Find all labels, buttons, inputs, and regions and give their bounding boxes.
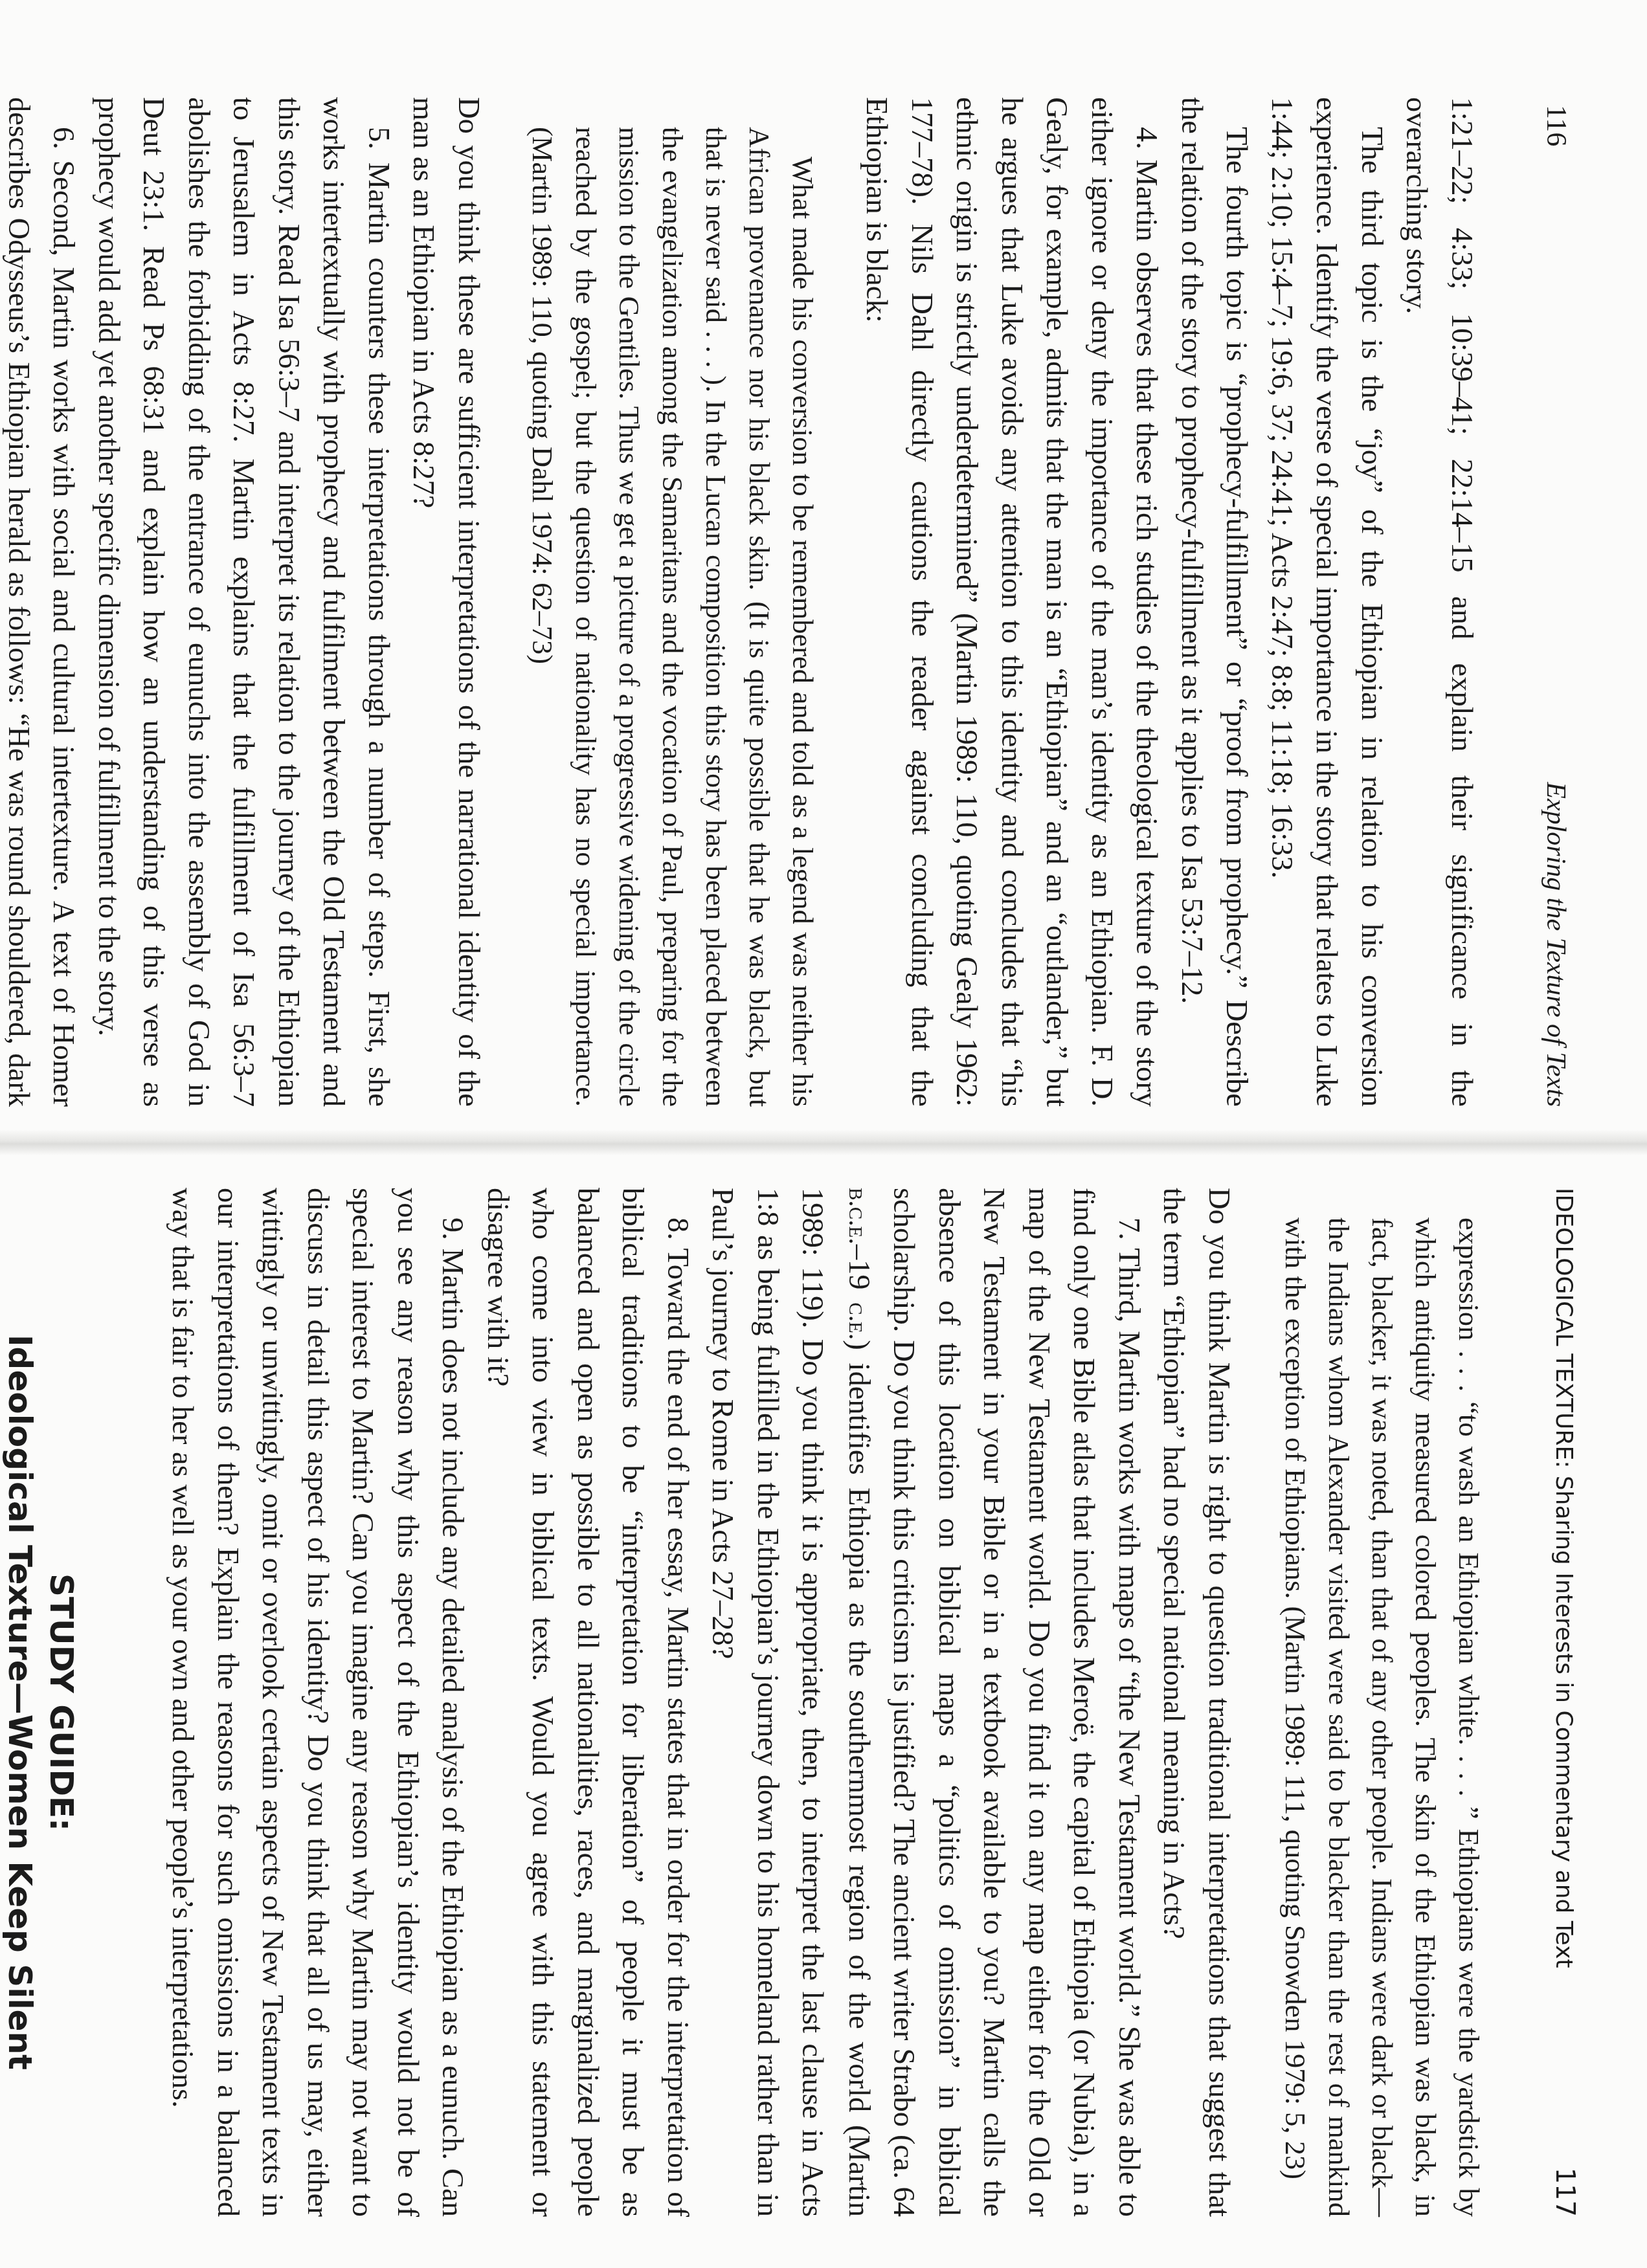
running-title-caps: IDEOLOGICAL TEXTURE: — [1551, 1188, 1577, 1468]
page-number: 116 — [1540, 105, 1573, 146]
paragraph: 1:21–22; 4:33; 10:39–41; 22:14–15 and ex… — [1394, 97, 1484, 1107]
page-116: 116 Exploring the Texture of Texts 1:21–… — [65, 97, 1573, 1107]
text-run: 7. Third, Martin works with maps of “the… — [888, 1188, 1146, 2217]
study-guide-title: Ideological Texture—Women Keep Silent — [0, 1188, 41, 2217]
paragraph: 9. Martin does not include any detailed … — [160, 1188, 475, 2217]
paragraph: The third topic is the “joy” of the Ethi… — [1259, 97, 1395, 1107]
page-number: 117 — [1550, 2168, 1580, 2217]
paragraph: 6. Second, Martin works with social and … — [0, 97, 86, 1107]
running-title-rest: Sharing Interests in Commentary and Text — [1551, 1468, 1577, 1968]
text-run: –19 — [842, 1245, 875, 1303]
text-run: ) identifies Ethiopia as the southernmos… — [706, 1188, 876, 2217]
paragraph: 7. Third, Martin works with maps of “the… — [700, 1188, 1151, 2217]
text-run: 6. Second, Martin works with social and … — [0, 97, 80, 1107]
block-quote: What made his conversion to be remembere… — [521, 97, 824, 1107]
era-abbrev: b.c.e. — [843, 1188, 873, 1245]
paragraph: 8. Toward the end of her essay, Martin s… — [475, 1188, 700, 2217]
quote-text: What made his conversion to be remembere… — [521, 127, 824, 1107]
page-body: 1:21–22; 4:33; 10:39–41; 22:14–15 and ex… — [0, 97, 1484, 1107]
running-title: IDEOLOGICAL TEXTURE: Sharing Interests i… — [1551, 1188, 1577, 1968]
paragraph: 4. Martin observes that these rich studi… — [854, 97, 1169, 1107]
page-117: IDEOLOGICAL TEXTURE: Sharing Interests i… — [71, 1188, 1580, 2217]
block-quote-continued: expression . . . “to wash an Ethiopian w… — [1273, 1188, 1490, 2217]
running-title: Exploring the Texture of Texts — [1540, 782, 1571, 1107]
question-paragraph: Do you think these are sufficient interp… — [401, 97, 491, 1107]
paragraph: 5. Martin counters these interpretations… — [86, 97, 401, 1107]
study-guide-heading: STUDY GUIDE: Ideological Texture—Women K… — [0, 1188, 82, 2217]
running-head: 116 Exploring the Texture of Texts — [1515, 97, 1573, 1107]
book-gutter — [0, 1129, 1647, 1155]
quote-text: expression . . . “to wash an Ethiopian w… — [1273, 1217, 1490, 2217]
era-abbrev: c.e. — [843, 1302, 873, 1340]
question-paragraph: Do you think Martin is right to question… — [1151, 1188, 1241, 2217]
page-body: expression . . . “to wash an Ethiopian w… — [0, 1188, 1490, 2217]
paragraph: The fourth topic is “prophecy-fulfillmen… — [1169, 97, 1259, 1107]
running-head: IDEOLOGICAL TEXTURE: Sharing Interests i… — [1521, 1188, 1580, 2217]
study-guide-label: STUDY GUIDE: — [41, 1188, 82, 2217]
